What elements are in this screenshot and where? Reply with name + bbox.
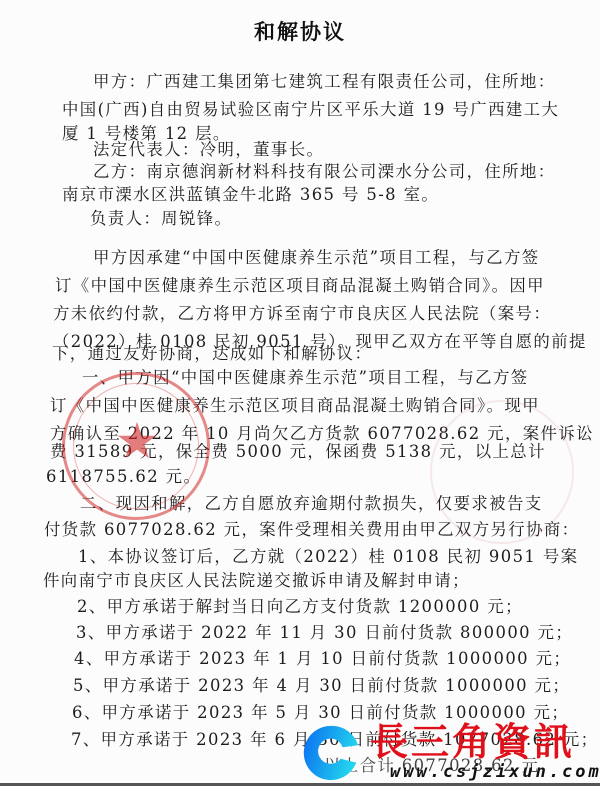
item-3: 3、甲方承诺于 2022 年 11 月 30 日前付货款 800000 元； (76, 619, 573, 643)
watermark-site-name: 長三角資訊 (370, 720, 575, 764)
preamble-line-1: 甲方因承建“中国中医健康养生示范”项目工程，与乙方签 (93, 244, 540, 268)
clause-1-line-1: 一、甲方因“中国中医健康养生示范”项目工程，与乙方签 (82, 364, 529, 388)
clause-1-line-4: 费 31589 元，保全费 5000 元，保函费 5138 元，以上总计 (50, 438, 546, 462)
party-a-representative: 法定代表人：冷明，董事长。 (93, 136, 324, 160)
item-1-line-1: 1、本协议签订后，乙方就（2022）桂 0108 民初 9051 号案 (78, 543, 578, 567)
document-title: 和解协议 (0, 16, 600, 46)
document-page: 和解协议 甲方：广西建工集团第七建筑工程有限责任公司，住所地： 中国(广西)自由… (0, 0, 600, 783)
party-a-line-1: 甲方：广西建工集团第七建筑工程有限责任公司，住所地： (93, 68, 556, 92)
party-b-representative: 负责人：周锐锋。 (90, 205, 232, 229)
clause-2-line-1: 二、现因和解，乙方自愿放弃逾期付款损失，仅要求被告支 (80, 490, 543, 514)
preamble-line-3: 方未依约付款，乙方将甲方诉至南宁市良庆区人民法院（案号： (53, 300, 551, 324)
watermark-url: www.csjzixun.com (390, 762, 600, 782)
item-2: 2、甲方承诺于解封当日向乙方支付货款 1200000 元； (77, 593, 523, 617)
party-b-line-2: 南京市溧水区洪蓝镇金牛北路 365 号 5-8 室。 (62, 181, 439, 205)
c-ring-logo-icon (302, 724, 360, 782)
clause-1-line-5: 6118755.62 元。 (46, 463, 201, 487)
party-a-line-2: 中国(广西)自由贸易试验区南宁片区平乐大道 19 号广西建工大 (62, 96, 559, 120)
item-5: 5、甲方承诺于 2023 年 4 月 30 日前付货款 1000000 元； (73, 672, 570, 696)
party-b-line-1: 乙方：南京德润新材料科技有限公司溧水分公司，住所地： (93, 158, 556, 182)
site-watermark: 長三角資訊 www.csjzixun.com (300, 722, 600, 783)
preamble-line-5: 下，通过友好协商，达成如下和解协议： (52, 340, 372, 364)
preamble-line-2: 订《中国中医健康养生示范区项目商品混凝土购销合同》。因甲 (55, 272, 545, 296)
clause-2-line-2: 付货款 6077028.62 元，案件受理相关费用由甲乙双方另行协商： (44, 516, 579, 540)
clause-1-line-2: 订《中国中医健康养生示范区项目商品混凝土购销合同》。现甲 (50, 392, 540, 416)
item-1-line-2: 件向南宁市良庆区人民法院递交撤诉申请及解封申请； (43, 567, 470, 591)
item-4: 4、甲方承诺于 2023 年 1 月 10 日前付货款 1000000 元； (74, 645, 571, 669)
